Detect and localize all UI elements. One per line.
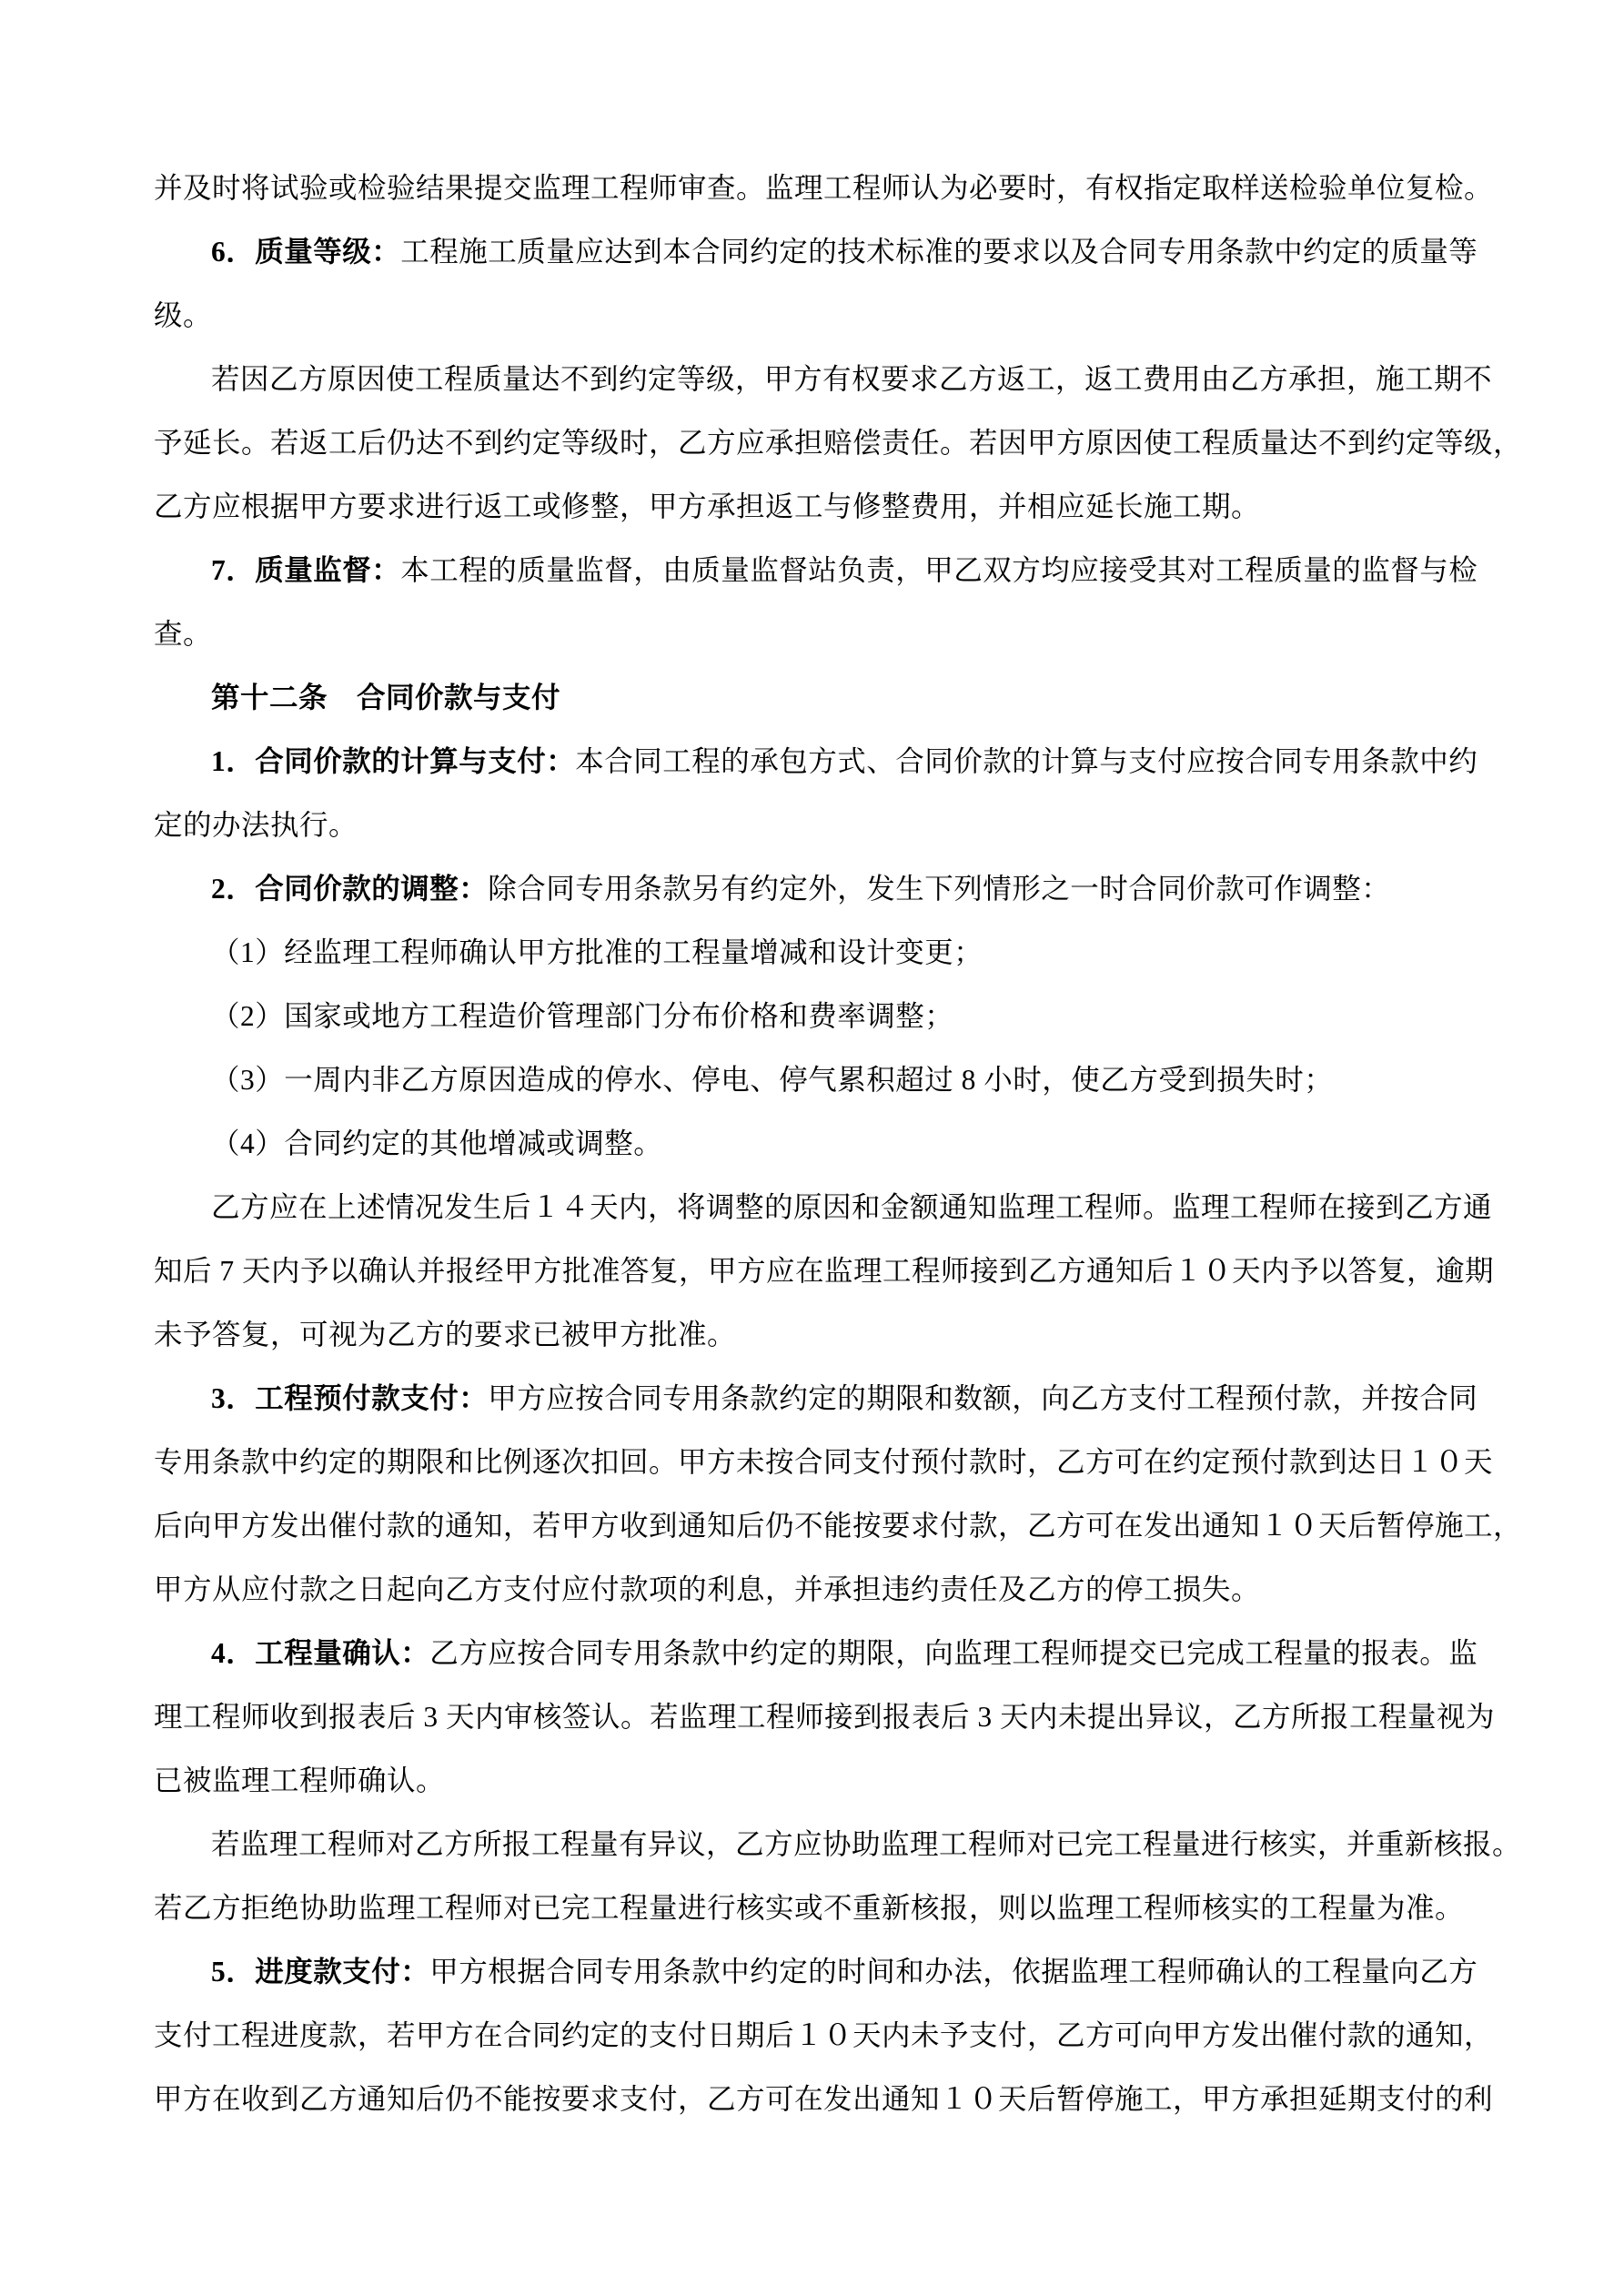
text-run: 已被监理工程师确认。 bbox=[154, 1765, 445, 1796]
text-run: 若乙方拒绝协助监理工程师对已完工程量进行核实或不重新核报，则以监理工程师核实的工… bbox=[154, 1892, 1464, 1924]
text-run: 定的办法执行。 bbox=[154, 809, 358, 841]
text-run: 级。 bbox=[154, 299, 212, 331]
text-run: （4）合同约定的其他增减或调整。 bbox=[211, 1128, 662, 1159]
text-line: 支付工程进度款，若甲方在合同约定的支付日期后１０天内未予支付，乙方可向甲方发出催… bbox=[154, 2004, 1475, 2068]
text-line: 并及时将试验或检验结果提交监理工程师审查。监理工程师认为必要时，有权指定取样送检… bbox=[154, 157, 1475, 220]
text-line: 若监理工程师对乙方所报工程量有异议，乙方应协助监理工程师对已完工程量进行核实，并… bbox=[154, 1813, 1475, 1876]
text-run-bold: 1．合同价款的计算与支付： bbox=[211, 745, 575, 777]
text-run: 乙方应按合同专用条款中约定的期限，向监理工程师提交已完成工程量的报表。监 bbox=[429, 1637, 1478, 1669]
text-run: 若因乙方原因使工程质量达不到约定等级，甲方有权要求乙方返工，返工费用由乙方承担，… bbox=[211, 363, 1492, 395]
text-line: 5．进度款支付：甲方根据合同专用条款中约定的时间和办法，依据监理工程师确认的工程… bbox=[154, 1940, 1475, 2004]
text-run: 工程施工质量应达到本合同约定的技术标准的要求以及合同专用条款中约定的质量等 bbox=[400, 236, 1478, 268]
text-run-bold: 3．工程预付款支付： bbox=[211, 1382, 488, 1414]
text-line: 理工程师收到报表后 3 天内审核签认。若监理工程师接到报表后 3 天内未提出异议… bbox=[154, 1685, 1475, 1749]
text-line: 未予答复，可视为乙方的要求已被甲方批准。 bbox=[154, 1303, 1475, 1367]
text-run: 知后 7 天内予以确认并报经甲方批准答复，甲方应在监理工程师接到乙方通知后１０天… bbox=[154, 1255, 1494, 1287]
text-run: 理工程师收到报表后 3 天内审核签认。若监理工程师接到报表后 3 天内未提出异议… bbox=[154, 1701, 1495, 1733]
contract-text-block: 并及时将试验或检验结果提交监理工程师审查。监理工程师认为必要时，有权指定取样送检… bbox=[154, 157, 1475, 2131]
text-run: 查。 bbox=[154, 618, 212, 650]
text-run-bold: 2．合同价款的调整： bbox=[211, 873, 488, 905]
text-run: （3）一周内非乙方原因造成的停水、停电、停气累积超过 8 小时，使乙方受到损失时… bbox=[211, 1064, 1333, 1096]
text-line: 2．合同价款的调整：除合同专用条款另有约定外，发生下列情形之一时合同价款可作调整… bbox=[154, 857, 1475, 921]
text-line: 专用条款中约定的期限和比例逐次扣回。甲方未按合同支付预付款时，乙方可在约定预付款… bbox=[154, 1431, 1475, 1494]
text-run: 后向甲方发出催付款的通知，若甲方收到通知后仍不能按要求付款，乙方可在发出通知１０… bbox=[154, 1510, 1522, 1542]
text-line: 级。 bbox=[154, 284, 1475, 348]
text-run: 并及时将试验或检验结果提交监理工程师审查。监理工程师认为必要时，有权指定取样送检… bbox=[154, 172, 1493, 204]
text-line: 定的办法执行。 bbox=[154, 794, 1475, 857]
text-line: （2）国家或地方工程造价管理部门分布价格和费率调整； bbox=[154, 985, 1475, 1048]
text-line: 乙方应在上述情况发生后１４天内，将调整的原因和金额通知监理工程师。监理工程师在接… bbox=[154, 1176, 1475, 1239]
text-line: 4．工程量确认：乙方应按合同专用条款中约定的期限，向监理工程师提交已完成工程量的… bbox=[154, 1622, 1475, 1685]
text-line: 第十二条 合同价款与支付 bbox=[154, 666, 1475, 730]
text-run-bold: 7．质量监督： bbox=[211, 554, 400, 586]
text-run-bold: 第十二条 合同价款与支付 bbox=[211, 682, 560, 713]
text-run: 专用条款中约定的期限和比例逐次扣回。甲方未按合同支付预付款时，乙方可在约定预付款… bbox=[154, 1446, 1493, 1478]
text-line: 知后 7 天内予以确认并报经甲方批准答复，甲方应在监理工程师接到乙方通知后１０天… bbox=[154, 1239, 1475, 1303]
text-line: 6．质量等级：工程施工质量应达到本合同约定的技术标准的要求以及合同专用条款中约定… bbox=[154, 220, 1475, 284]
document-page: 并及时将试验或检验结果提交监理工程师审查。监理工程师认为必要时，有权指定取样送检… bbox=[0, 0, 1624, 2296]
text-run: 予延长。若返工后仍达不到约定等级时，乙方应承担赔偿责任。若因甲方原因使工程质量达… bbox=[154, 427, 1522, 459]
text-run: （2）国家或地方工程造价管理部门分布价格和费率调整； bbox=[211, 1000, 953, 1032]
text-line: 1．合同价款的计算与支付：本合同工程的承包方式、合同价款的计算与支付应按合同专用… bbox=[154, 730, 1475, 794]
text-line: 甲方在收到乙方通知后仍不能按要求支付，乙方可在发出通知１０天后暂停施工，甲方承担… bbox=[154, 2068, 1475, 2131]
text-run-bold: 4．工程量确认： bbox=[211, 1637, 429, 1669]
text-run: 乙方应根据甲方要求进行返工或修整，甲方承担返工与修整费用，并相应延长施工期。 bbox=[154, 491, 1260, 522]
text-run: （1）经监理工程师确认甲方批准的工程量增减和设计变更； bbox=[211, 936, 983, 968]
text-line: 若乙方拒绝协助监理工程师对已完工程量进行核实或不重新核报，则以监理工程师核实的工… bbox=[154, 1876, 1475, 1940]
text-run: 未予答复，可视为乙方的要求已被甲方批准。 bbox=[154, 1319, 736, 1350]
text-run: 除合同专用条款另有约定外，发生下列情形之一时合同价款可作调整： bbox=[488, 873, 1390, 905]
text-line: 已被监理工程师确认。 bbox=[154, 1749, 1475, 1813]
text-line: 后向甲方发出催付款的通知，若甲方收到通知后仍不能按要求付款，乙方可在发出通知１０… bbox=[154, 1494, 1475, 1558]
text-line: （4）合同约定的其他增减或调整。 bbox=[154, 1112, 1475, 1176]
text-line: （1）经监理工程师确认甲方批准的工程量增减和设计变更； bbox=[154, 921, 1475, 985]
text-run: 甲方在收到乙方通知后仍不能按要求支付，乙方可在发出通知１０天后暂停施工，甲方承担… bbox=[154, 2083, 1493, 2115]
text-line: 乙方应根据甲方要求进行返工或修整，甲方承担返工与修整费用，并相应延长施工期。 bbox=[154, 475, 1475, 539]
text-line: （3）一周内非乙方原因造成的停水、停电、停气累积超过 8 小时，使乙方受到损失时… bbox=[154, 1048, 1475, 1112]
text-run: 本合同工程的承包方式、合同价款的计算与支付应按合同专用条款中约 bbox=[575, 745, 1478, 777]
text-line: 若因乙方原因使工程质量达不到约定等级，甲方有权要求乙方返工，返工费用由乙方承担，… bbox=[154, 348, 1475, 411]
text-run: 支付工程进度款，若甲方在合同约定的支付日期后１０天内未予支付，乙方可向甲方发出催… bbox=[154, 2019, 1493, 2051]
text-run: 甲方根据合同专用条款中约定的时间和办法，依据监理工程师确认的工程量向乙方 bbox=[429, 1956, 1478, 1988]
text-run-bold: 5．进度款支付： bbox=[211, 1956, 429, 1988]
text-line: 7．质量监督：本工程的质量监督，由质量监督站负责，甲乙双方均应接受其对工程质量的… bbox=[154, 539, 1475, 602]
text-run: 甲方应按合同专用条款约定的期限和数额，向乙方支付工程预付款，并按合同 bbox=[488, 1382, 1478, 1414]
text-run: 甲方从应付款之日起向乙方支付应付款项的利息，并承担违约责任及乙方的停工损失。 bbox=[154, 1573, 1260, 1605]
text-run: 乙方应在上述情况发生后１４天内，将调整的原因和金额通知监理工程师。监理工程师在接… bbox=[211, 1191, 1492, 1223]
text-line: 予延长。若返工后仍达不到约定等级时，乙方应承担赔偿责任。若因甲方原因使工程质量达… bbox=[154, 411, 1475, 475]
text-line: 查。 bbox=[154, 602, 1475, 666]
text-run-bold: 6．质量等级： bbox=[211, 236, 400, 268]
text-run: 本工程的质量监督，由质量监督站负责，甲乙双方均应接受其对工程质量的监督与检 bbox=[400, 554, 1478, 586]
text-line: 甲方从应付款之日起向乙方支付应付款项的利息，并承担违约责任及乙方的停工损失。 bbox=[154, 1558, 1475, 1622]
text-run: 若监理工程师对乙方所报工程量有异议，乙方应协助监理工程师对已完工程量进行核实，并… bbox=[211, 1828, 1521, 1860]
text-line: 3．工程预付款支付：甲方应按合同专用条款约定的期限和数额，向乙方支付工程预付款，… bbox=[154, 1367, 1475, 1431]
